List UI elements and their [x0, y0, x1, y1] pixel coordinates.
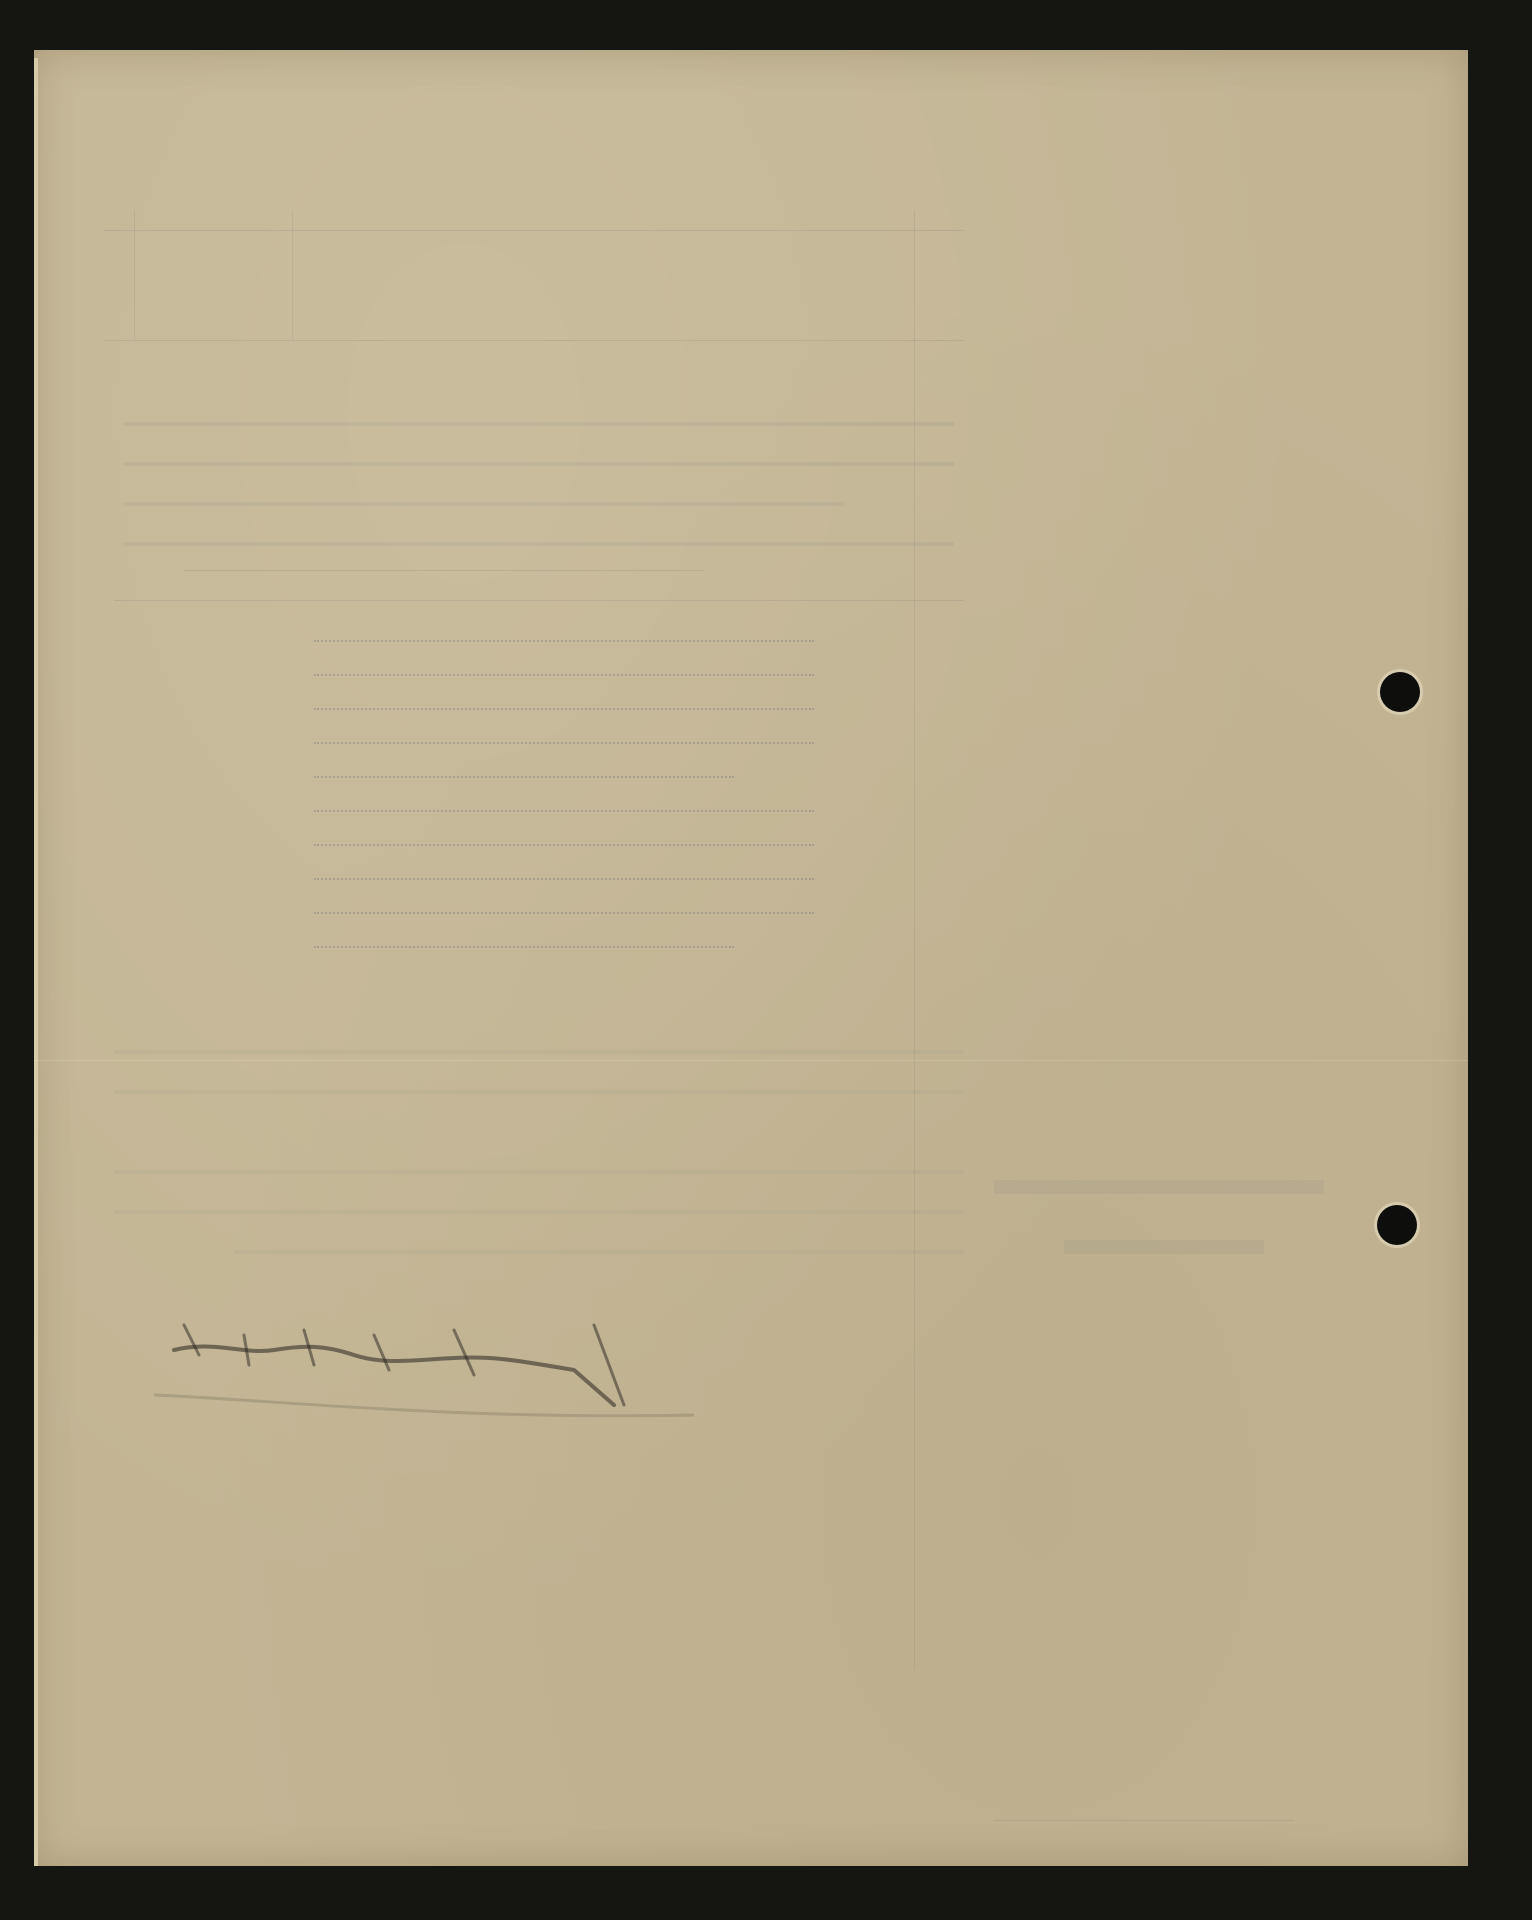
bleed-dotted-line — [314, 776, 734, 778]
fold-line — [34, 1060, 1468, 1061]
document-page — [34, 50, 1468, 1866]
bleed-dotted-line — [314, 810, 814, 812]
signature-bleed-through — [154, 1310, 694, 1430]
bleed-rule — [184, 570, 704, 571]
bleed-dotted-line — [314, 912, 814, 914]
bleed-dotted-line — [314, 844, 814, 846]
bleed-text-line — [234, 1250, 964, 1254]
bleed-dotted-line — [314, 742, 814, 744]
punch-hole-top — [1380, 672, 1420, 712]
page-edge — [34, 58, 38, 1866]
bleed-dotted-line — [314, 946, 734, 948]
bleed-right-block — [1064, 1240, 1264, 1254]
bleed-text-line — [124, 542, 954, 546]
bleed-dotted-line — [314, 878, 814, 880]
bleed-rule — [994, 1820, 1294, 1821]
punch-hole-bottom — [1377, 1205, 1417, 1245]
bleed-text-line — [124, 422, 954, 426]
bleed-text-line — [114, 1050, 964, 1054]
bleed-rule — [114, 600, 964, 601]
bleed-column-line — [914, 210, 915, 1670]
bleed-dotted-line — [314, 640, 814, 642]
bleed-text-line — [114, 1210, 964, 1214]
bleed-text-line — [124, 502, 844, 506]
bleed-text-line — [114, 1090, 964, 1094]
bleed-dotted-line — [314, 674, 814, 676]
bleed-rule — [104, 230, 964, 231]
bleed-text-line — [114, 1170, 964, 1174]
bleed-rule — [104, 340, 964, 341]
bleed-right-block — [994, 1180, 1324, 1194]
bleed-dotted-line — [314, 708, 814, 710]
bleed-text-line — [124, 462, 954, 466]
